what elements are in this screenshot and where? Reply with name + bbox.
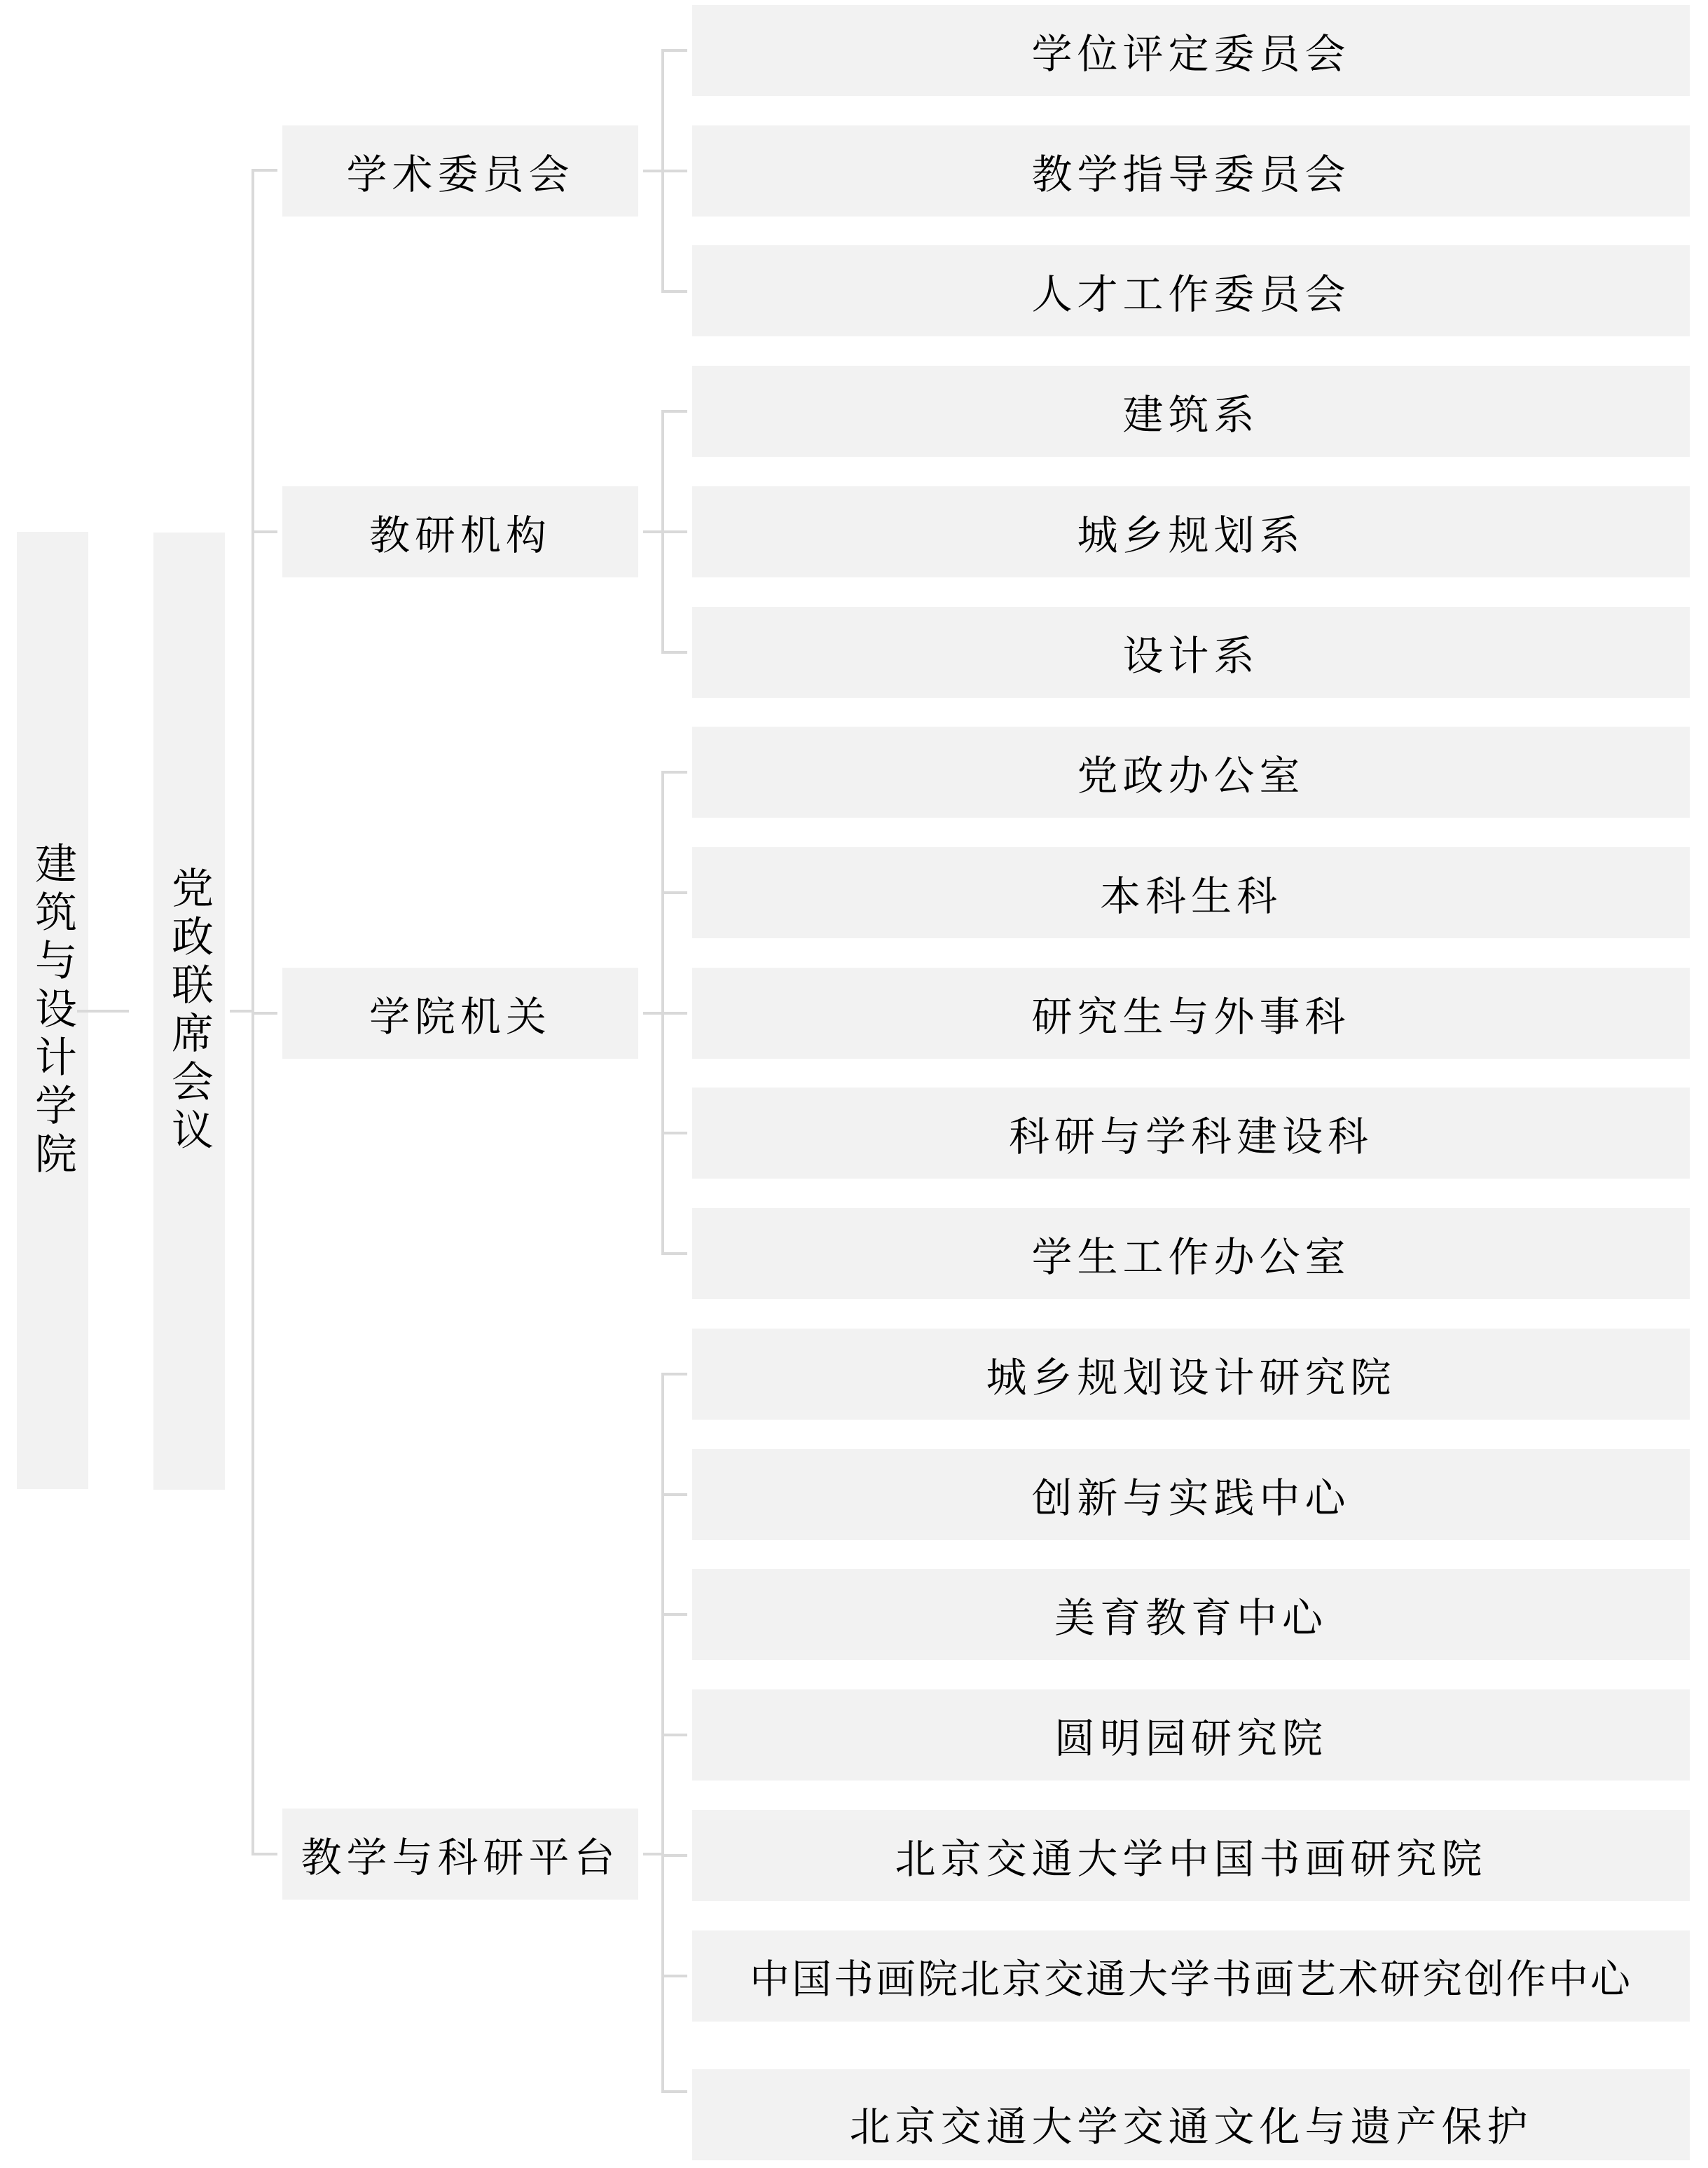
leaf-node-label: 科研与学科建设科 bbox=[1009, 1104, 1373, 1162]
group-node-label: 学术委员会 bbox=[346, 142, 574, 200]
connector-leaf bbox=[661, 651, 687, 654]
root-node-label: 建筑与设计学院 bbox=[22, 842, 83, 1180]
group-node-college-offices: 学院机关 bbox=[282, 968, 638, 1059]
connector-leaf bbox=[661, 2090, 687, 2093]
group-node-label: 教学与科研平台 bbox=[301, 1825, 619, 1884]
leaf-node: 研究生与外事科 bbox=[692, 968, 1690, 1059]
connector-branch-admin bbox=[252, 1012, 277, 1015]
connector-leaf bbox=[661, 1252, 687, 1255]
leaf-node-label: 北京交通大学交通文化与遗产保护 bbox=[849, 2094, 1532, 2153]
leaf-node: 本科生科 bbox=[692, 847, 1690, 938]
leaf-node-label: 北京交通大学中国书画研究院 bbox=[895, 1826, 1487, 1885]
connector-leaf bbox=[661, 1734, 687, 1736]
connector-leaf bbox=[661, 49, 687, 52]
connector-leaf bbox=[661, 1132, 687, 1134]
connector-leaf bbox=[661, 771, 687, 774]
leaf-node: 科研与学科建设科 bbox=[692, 1088, 1690, 1179]
connector-leaf bbox=[661, 891, 687, 894]
leaf-node-label: 美育教育中心 bbox=[1054, 1585, 1328, 1644]
level1-node-joint-meeting: 党政联席会议 bbox=[153, 533, 225, 1490]
leaf-node: 北京交通大学中国书画研究院 bbox=[692, 1810, 1690, 1901]
leaf-node-label: 教学指导委员会 bbox=[1031, 142, 1350, 200]
connector-leaf bbox=[661, 1373, 687, 1375]
connector-leaf bbox=[661, 170, 687, 172]
leaf-node-label: 建筑系 bbox=[1122, 382, 1259, 441]
leaf-node: 学生工作办公室 bbox=[692, 1208, 1690, 1299]
connector-leaf bbox=[661, 1493, 687, 1496]
connector-leaf bbox=[661, 530, 687, 533]
leaf-node-label: 中国书画院北京交通大学书画艺术研究创作中心 bbox=[750, 1947, 1632, 2005]
leaf-node-label: 设计系 bbox=[1122, 623, 1259, 682]
connector-trunk bbox=[252, 169, 254, 1853]
connector-leaf bbox=[661, 1975, 687, 1977]
leaf-node-label: 学位评定委员会 bbox=[1031, 21, 1350, 80]
connector-branch-teaching-research bbox=[252, 530, 277, 533]
leaf-node: 圆明园研究院 bbox=[692, 1689, 1690, 1781]
connector-leaf bbox=[661, 1613, 687, 1616]
leaf-node-label: 人才工作委员会 bbox=[1031, 261, 1350, 320]
connector-leaf bbox=[661, 290, 687, 293]
leaf-node-label: 城乡规划系 bbox=[1077, 502, 1304, 561]
leaf-node: 中国书画院北京交通大学书画艺术研究创作中心 bbox=[692, 1930, 1690, 2022]
leaf-node-label: 圆明园研究院 bbox=[1054, 1706, 1328, 1764]
leaf-node: 北京交通大学交通文化与遗产保护 bbox=[692, 2069, 1690, 2160]
leaf-node: 学位评定委员会 bbox=[692, 5, 1690, 96]
leaf-node: 教学指导委员会 bbox=[692, 125, 1690, 217]
group-node-label: 学院机关 bbox=[369, 984, 551, 1043]
level1-node-label: 党政联席会议 bbox=[159, 866, 219, 1156]
connector-branch-academic bbox=[252, 169, 277, 172]
connector-leaf bbox=[661, 1012, 687, 1015]
leaf-node: 人才工作委员会 bbox=[692, 245, 1690, 336]
leaf-node: 城乡规划设计研究院 bbox=[692, 1329, 1690, 1420]
leaf-node: 设计系 bbox=[692, 607, 1690, 698]
leaf-node: 党政办公室 bbox=[692, 727, 1690, 818]
leaf-node: 建筑系 bbox=[692, 366, 1690, 457]
leaf-node: 城乡规划系 bbox=[692, 486, 1690, 577]
connector-leaf bbox=[661, 1854, 687, 1857]
leaf-node-label: 学生工作办公室 bbox=[1031, 1224, 1350, 1283]
group-node-label: 教研机构 bbox=[369, 502, 551, 561]
group-node-teaching-research-units: 教研机构 bbox=[282, 486, 638, 577]
group-node-teaching-research-platforms: 教学与科研平台 bbox=[282, 1809, 638, 1900]
group-node-academic-committee: 学术委员会 bbox=[282, 125, 638, 217]
leaf-node-label: 创新与实践中心 bbox=[1031, 1465, 1350, 1524]
connector-leaf bbox=[661, 410, 687, 413]
connector-branch-platform bbox=[252, 1853, 277, 1855]
connector-group3-bracket bbox=[661, 1373, 664, 2093]
leaf-node-label: 党政办公室 bbox=[1077, 743, 1304, 802]
connector-level1-to-trunk bbox=[230, 1010, 254, 1013]
leaf-node-label: 城乡规划设计研究院 bbox=[986, 1345, 1396, 1404]
leaf-node-label: 本科生科 bbox=[1100, 863, 1282, 922]
connector-root-to-level1 bbox=[77, 1010, 129, 1013]
leaf-node: 创新与实践中心 bbox=[692, 1449, 1690, 1540]
leaf-node-label: 研究生与外事科 bbox=[1031, 984, 1350, 1043]
leaf-node: 美育教育中心 bbox=[692, 1569, 1690, 1660]
